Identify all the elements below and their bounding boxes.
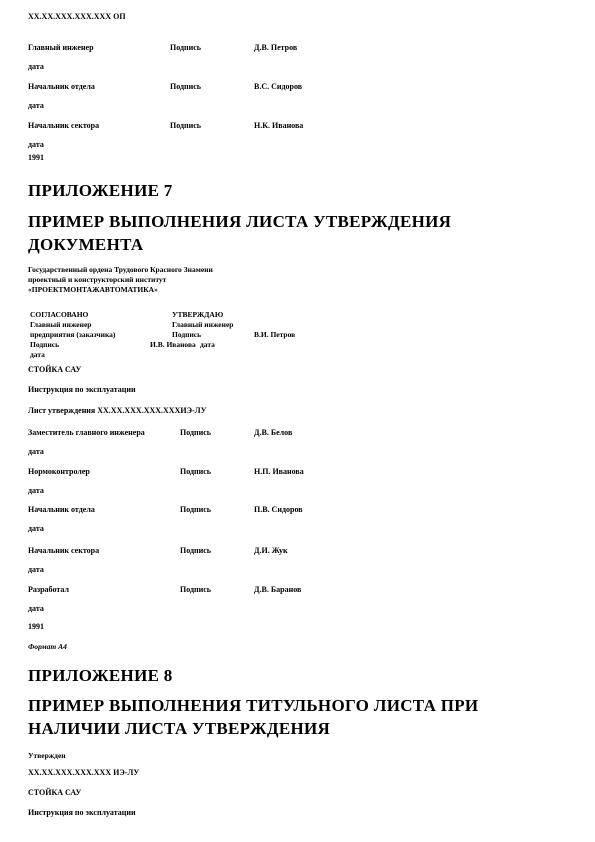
- signature-placeholder: Подпись: [30, 340, 59, 349]
- signatory-role: Нормоконтролер: [28, 467, 90, 477]
- signatory-role: Разработал: [28, 585, 69, 595]
- document-page: ХХ.ХХ.ХХХ.ХХХ.ХХХ ОП Главный инженер Под…: [0, 0, 595, 842]
- signatory-name: Д.В. Белов: [254, 428, 292, 438]
- signature-placeholder: Подпись: [180, 428, 211, 438]
- document-type: Инструкция по эксплуатации: [28, 385, 136, 395]
- appendix7-title: ПРИМЕР ВЫПОЛНЕНИЯ ЛИСТА УТВЕРЖДЕНИЯ ДОКУ…: [28, 210, 528, 256]
- doc-designation: ХХ.ХХ.ХХХ.ХХХ.ХХХ ОП: [28, 12, 126, 22]
- signatory-name: Н.П. Иванова: [254, 467, 304, 477]
- agreed-title: СОГЛАСОВАНО: [30, 310, 88, 319]
- signature-placeholder: Подпись: [180, 585, 211, 595]
- approval-sheet-line: Лист утверждения ХХ.ХХ.ХХХ.ХХХ.ХХХИЭ-ЛУ: [28, 406, 207, 416]
- institute-line: «ПРОЕКТМОНТАЖАВТОМАТИКА»: [28, 285, 158, 294]
- approve-role: Главный инженер: [172, 320, 233, 329]
- year-label: 1991: [28, 153, 44, 163]
- institute-line: проектный и конструкторский институт: [28, 275, 166, 284]
- signatory-name: Д.И. Жук: [254, 546, 288, 556]
- date-placeholder: дата: [28, 140, 44, 150]
- format-note: Формат А4: [28, 642, 67, 651]
- signatory-role: Начальник отдела: [28, 82, 95, 92]
- appendix7-heading: ПРИЛОЖЕНИЕ 7: [28, 179, 173, 202]
- signature-placeholder: Подпись: [172, 330, 201, 339]
- year-label: 1991: [28, 622, 44, 632]
- date-placeholder: дата: [28, 101, 44, 111]
- institute-line: Государственный ордена Трудового Красног…: [28, 265, 213, 274]
- signature-placeholder: Подпись: [170, 82, 201, 92]
- date-placeholder: дата: [28, 62, 44, 72]
- approved-label: Утвержден: [28, 751, 66, 760]
- appendix8-title: ПРИМЕР ВЫПОЛНЕНИЯ ТИТУЛЬНОГО ЛИСТА ПРИ Н…: [28, 694, 528, 740]
- signatory-role: Заместитель главного инженера: [28, 428, 145, 438]
- doc-designation: ХХ.ХХ.ХХХ.ХХХ.ХХХ ИЭ-ЛУ: [28, 768, 139, 778]
- signatory-role: Начальник сектора: [28, 121, 99, 131]
- signatory-name: Н.К. Иванова: [254, 121, 303, 131]
- date-placeholder: дата: [28, 524, 44, 534]
- signatory-role: Начальник отдела: [28, 505, 95, 515]
- date-placeholder: дата: [30, 350, 45, 359]
- signatory-role: Начальник сектора: [28, 546, 99, 556]
- approve-title: УТВЕРЖДАЮ: [172, 310, 223, 319]
- date-placeholder: дата: [28, 604, 44, 614]
- product-name: СТОЙКА САУ: [28, 365, 81, 375]
- date-placeholder: дата: [200, 340, 215, 349]
- document-type: Инструкция по эксплуатации: [28, 808, 136, 818]
- signatory-name: Д.В. Петров: [254, 43, 297, 53]
- signature-placeholder: Подпись: [180, 546, 211, 556]
- agreed-role: Главный инженер: [30, 320, 91, 329]
- signatory-name: В.С. Сидоров: [254, 82, 302, 92]
- date-placeholder: дата: [28, 486, 44, 496]
- signatory-name: П.В. Сидоров: [254, 505, 303, 515]
- appendix8-heading: ПРИЛОЖЕНИЕ 8: [28, 664, 173, 687]
- agreed-role: предприятия (заказчика): [30, 330, 115, 339]
- signature-placeholder: Подпись: [180, 505, 211, 515]
- date-placeholder: дата: [28, 565, 44, 575]
- signature-placeholder: Подпись: [180, 467, 211, 477]
- product-name: СТОЙКА САУ: [28, 788, 81, 798]
- signature-placeholder: Подпись: [170, 43, 201, 53]
- signatory-name: Д.В. Баранов: [254, 585, 301, 595]
- signature-placeholder: Подпись: [170, 121, 201, 131]
- approve-name: В.И. Петров: [254, 330, 295, 339]
- date-placeholder: дата: [28, 447, 44, 457]
- agreed-name: И.В. Иванова: [150, 340, 196, 349]
- signatory-role: Главный инженер: [28, 43, 94, 53]
